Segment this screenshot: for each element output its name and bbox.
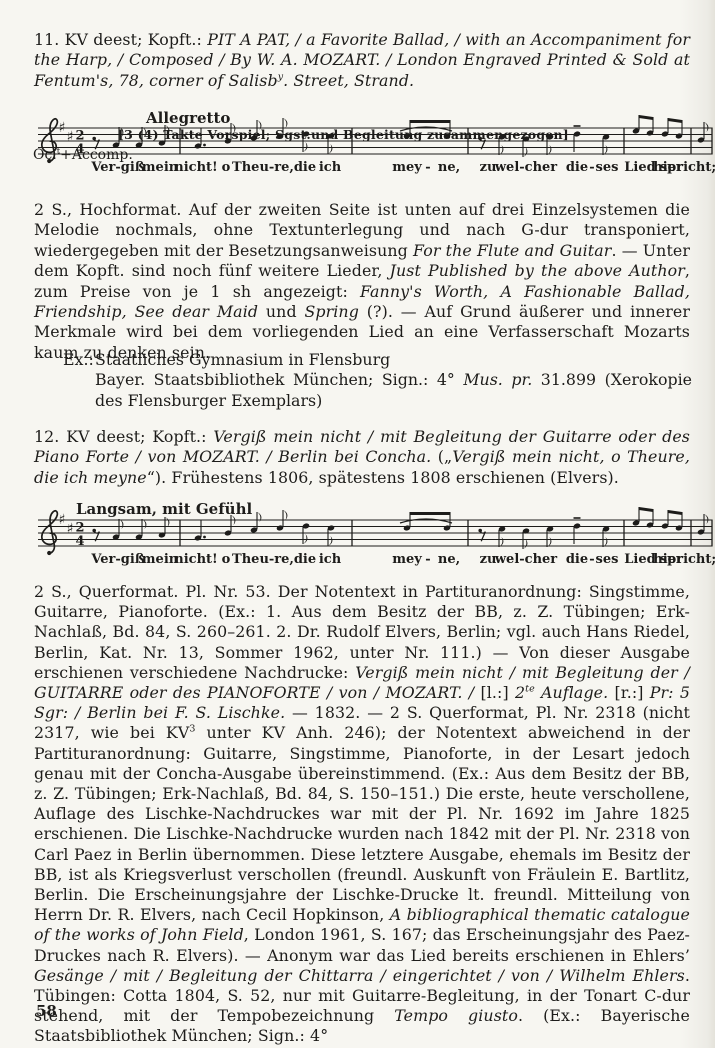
text-run: Just Published by the above Author [390, 261, 685, 280]
text-run: Mus. pr. [463, 370, 532, 389]
lyric-syllable: nicht! [174, 552, 217, 567]
lyric-syllable: die [294, 552, 316, 567]
lyric-syllable: ich [319, 160, 341, 175]
svg-text:♯: ♯ [59, 120, 66, 136]
lyric-syllable: - [425, 160, 430, 175]
text-run: [r.:] [608, 683, 650, 702]
entry-12-heading-paragraph: 12. KV deest; Kopft.: Vergiß mein nicht … [34, 427, 690, 488]
lyric-syllable: die [294, 160, 316, 175]
lyric-syllable: mey [392, 552, 422, 567]
description-paragraph-entry-12: 2 S., Querformat. Pl. Nr. 53. Der Notent… [34, 582, 690, 1047]
exemplare-line-2: Bayer. Staatsbibliothek München; Sign.: … [95, 370, 692, 411]
lyric-syllable: - [589, 160, 594, 175]
lyric-syllable: - [589, 552, 594, 567]
lyric-syllable: mein [142, 160, 178, 175]
text-run: Tempo giusto [394, 1006, 518, 1025]
text-run: 11. KV deest; Kopft.: [34, 30, 207, 49]
lyric-syllable: o [222, 160, 231, 175]
text-run: . Street, Strand. [283, 71, 414, 90]
lyric-syllable: Theu-re, [232, 160, 294, 175]
text-run: Auflage. [535, 683, 608, 702]
music-example-1: Allegretto [3 (4) Takte Vorspiel; Sgst.u… [0, 106, 715, 200]
text-run: und [258, 302, 304, 321]
lyric-syllable: ses [596, 160, 619, 175]
lyric-syllable: - [425, 552, 430, 567]
text-run: Gesänge / mit / Begleitung der Chittarra… [34, 966, 685, 985]
exemplare-label: Ex.: [63, 350, 94, 369]
lyric-syllable: Lied [624, 160, 655, 175]
text-run: te [525, 684, 535, 695]
svg-text:♯: ♯ [67, 521, 74, 537]
music-staff-1: ♯♯24 [0, 106, 715, 200]
lyric-syllable: mey [392, 160, 422, 175]
svg-text:4: 4 [75, 534, 84, 549]
lyric-syllable: ich [319, 552, 341, 567]
lyric-syllable: die [566, 160, 588, 175]
lyric-syllable: spricht; [660, 160, 715, 175]
lyric-syllable: wel-cher [495, 552, 557, 567]
lyric-syllable: ne, [438, 552, 460, 567]
lyric-syllable: Ver-giß [91, 160, 144, 175]
lyric-syllable: nicht! [174, 160, 217, 175]
text-run: [l.:] [474, 683, 515, 702]
description-paragraph-entry-11: 2 S., Hochformat. Auf der zweiten Seite … [34, 200, 690, 363]
lyric-syllable: ne, [438, 160, 460, 175]
lyric-syllable: die [566, 552, 588, 567]
exemplare-line-1: Staatliches Gymnasium in Flensburg [95, 350, 690, 370]
lyric-syllable: Lied [624, 552, 655, 567]
text-run: 2 [515, 683, 525, 702]
lyric-syllable: mein [142, 552, 178, 567]
text-run: („ [431, 447, 452, 466]
text-run: Spring [304, 302, 358, 321]
text-run: unter KV Anh. 246); der Notentext abweic… [34, 723, 690, 924]
lyric-syllable: ses [596, 552, 619, 567]
svg-text:♯: ♯ [59, 512, 66, 528]
svg-text:4: 4 [75, 142, 84, 157]
lyric-syllable: Ver-giß [91, 552, 144, 567]
lyric-syllable: wel-cher [495, 160, 557, 175]
text-run: For the Flute and Guitar [413, 241, 611, 260]
music-example-2: Langsam, mit Gefühl ♯♯24 Ver-gißmeinnich… [0, 498, 715, 578]
scanned-catalog-page: 11. KV deest; Kopft.: PIT A PAT, / a Fav… [0, 0, 715, 1048]
entry-11-heading-paragraph: 11. KV deest; Kopft.: PIT A PAT, / a Fav… [34, 30, 690, 91]
text-run: Bayer. Staatsbibliothek München; Sign.: … [95, 370, 463, 389]
svg-text:♯: ♯ [67, 129, 74, 145]
lyric-syllable: o [222, 552, 231, 567]
text-run: 12. KV deest; Kopft.: [34, 427, 213, 446]
text-run: “). Frühestens 1806, spätestens 1808 ers… [147, 468, 619, 487]
lyric-syllable: Theu-re, [232, 552, 294, 567]
lyric-syllable: spricht; [660, 552, 715, 567]
page-number: 58 [36, 1002, 57, 1020]
